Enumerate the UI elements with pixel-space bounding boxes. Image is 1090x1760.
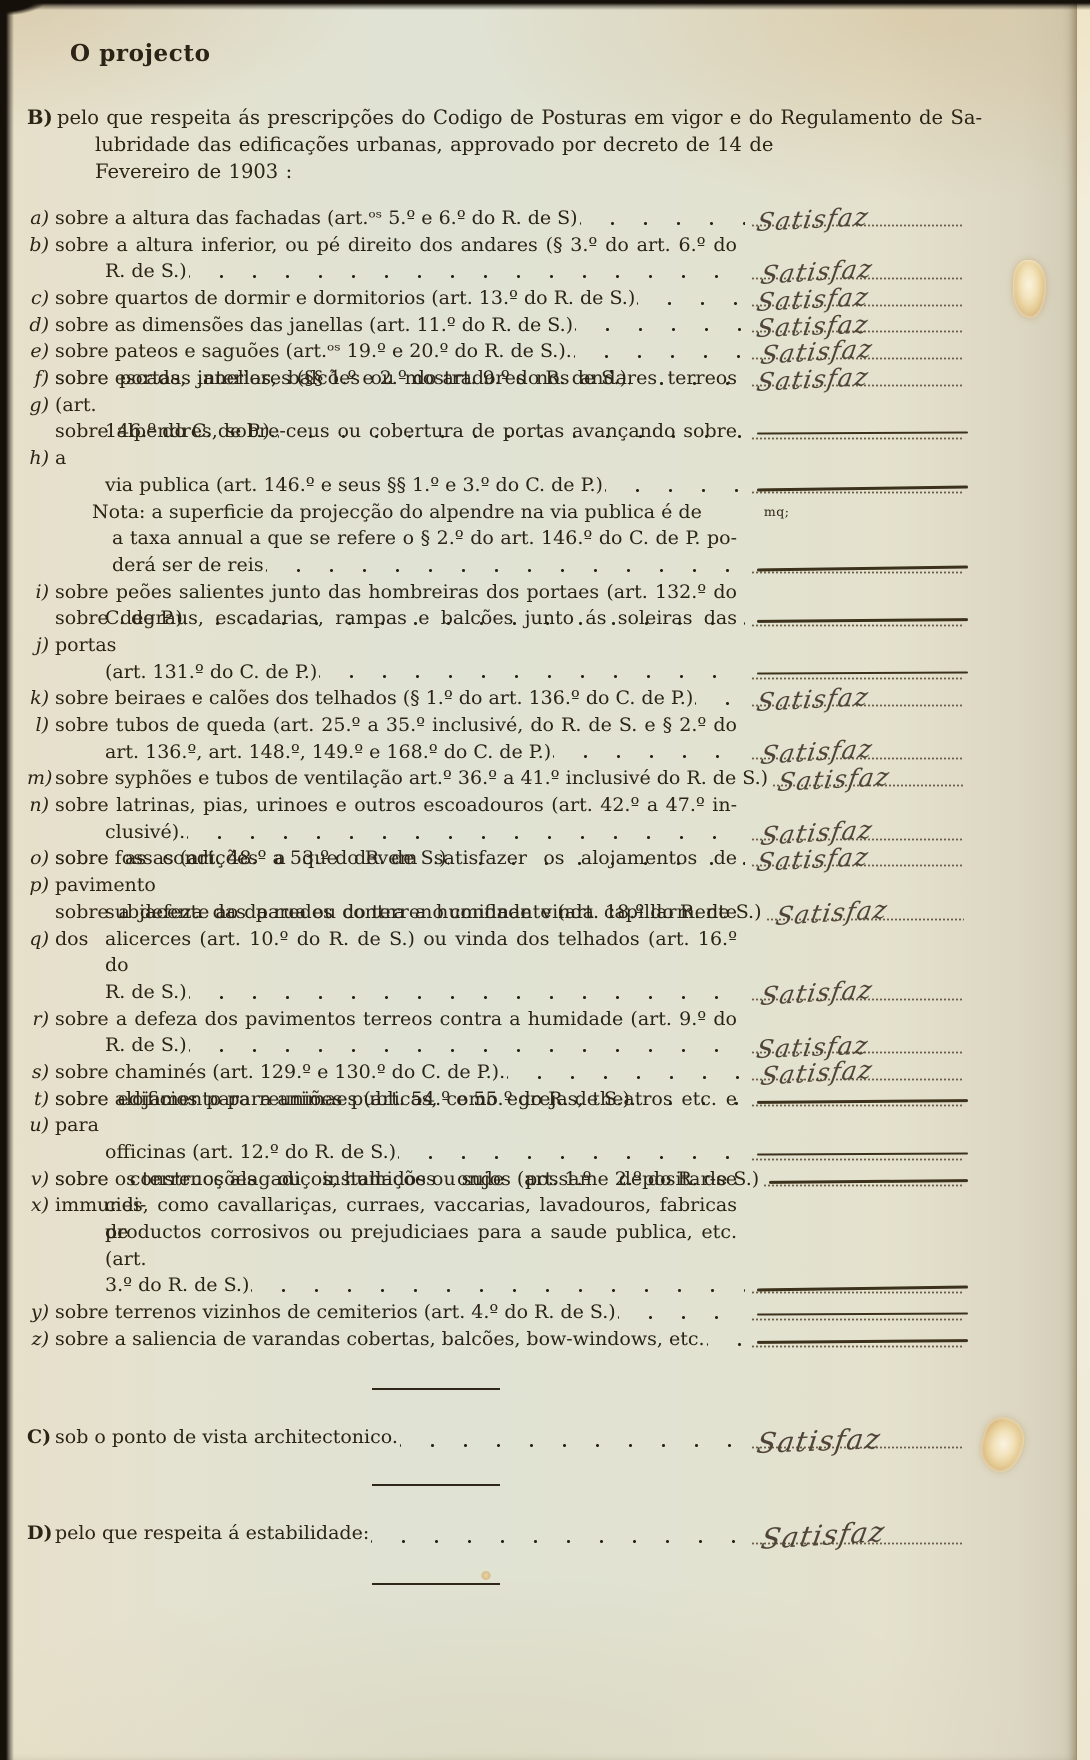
item-letter: z)	[27, 1326, 55, 1353]
section-b-label: B)	[27, 104, 57, 131]
form-row: i)sobre peões salientes junto das hombre…	[27, 579, 972, 606]
form-row: officinas (art. 12.º do R. de S.)	[27, 1139, 972, 1166]
section-c-row: C) sob o ponto de vista architectonico. …	[27, 1420, 972, 1454]
answer-area	[747, 659, 972, 686]
dotted-answer-line	[751, 1104, 964, 1107]
item-text: R. de S.)	[105, 979, 187, 1006]
item-letter: o)	[27, 845, 55, 872]
answer-area: Satisfaz	[747, 685, 972, 712]
answer-area: Satisfaz	[747, 1059, 972, 1086]
form-row: m)sobre syphões e tubos de ventilação ar…	[27, 765, 972, 792]
answer-area: Satisfaz	[747, 205, 972, 232]
item-letter: n)	[27, 792, 55, 819]
answer-area: Satisfaz	[768, 765, 972, 792]
blank-answer-dash	[757, 1152, 968, 1155]
form-row: p)sobre as condições a que devem satisfa…	[27, 872, 972, 899]
item-text: sobre latrinas, pias, urinoes e outros e…	[55, 792, 737, 819]
item-text: sobre alpendres, sobre-ceus ou cobertura…	[55, 418, 737, 471]
dotted-answer-line	[751, 677, 964, 680]
form-row: via publica (art. 146.º e seus §§ 1.º e …	[27, 472, 972, 499]
form-row: r)sobre a defeza dos pavimentos terreos …	[27, 1006, 972, 1033]
item-text: R. de S.)	[105, 258, 187, 285]
dot-leader	[695, 685, 745, 712]
scanned-document-page: O projecto B) pelo que respeita ás presc…	[0, 0, 1090, 1760]
dot-leader	[605, 472, 745, 499]
section-divider	[372, 1388, 500, 1390]
dot-leader	[553, 739, 745, 766]
item-letter: d)	[27, 312, 55, 339]
section-divider	[372, 1583, 500, 1585]
item-letter: b)	[27, 232, 55, 259]
handwritten-answer: Satisfaz	[759, 1518, 888, 1554]
section-b-line2: lubridade das edificações urbanas, appro…	[27, 131, 875, 185]
form-row: n)sobre latrinas, pias, urinoes e outros…	[27, 792, 972, 819]
item-text: sobre beiraes e calões dos telhados (§ 1…	[55, 685, 693, 712]
dot-leader	[574, 338, 745, 365]
item-text: productos corrosivos ou prejudiciaes par…	[105, 1219, 737, 1272]
dot-leader	[637, 285, 745, 312]
item-text: sobre chaminés (art. 129.º e 130.º do C.…	[55, 1059, 505, 1086]
item-text: sobre a altura inferior, ou pé direito d…	[55, 232, 737, 259]
item-letter: h)	[27, 445, 55, 472]
dotted-answer-line	[751, 1158, 964, 1161]
section-b-text1: pelo que respeita ás prescripções do Cod…	[57, 104, 982, 131]
item-text: 3.º do R. de S.)	[105, 1272, 249, 1299]
form-row: g)sobre portas, janellas, balcões ou mos…	[27, 392, 972, 419]
item-letter: p)	[27, 872, 55, 899]
form-row: Nota: a superficie da projecção do alpen…	[27, 499, 972, 526]
item-text: sobre tubos de queda (art. 25.º a 35.º i…	[55, 712, 737, 739]
answer-area	[759, 1166, 972, 1193]
page-title: O projecto	[70, 40, 211, 67]
section-d-row: D) pelo que respeita á estabilidade: Sat…	[27, 1516, 972, 1550]
answer-area	[747, 1139, 972, 1166]
item-text: sobre portas, janellas, balcões ou mostr…	[55, 365, 737, 418]
answer-area: Satisfaz	[747, 338, 972, 365]
item-text: sobre syphões e tubos de ventilação art.…	[55, 765, 768, 792]
item-text: sobre as dimensões das janellas (art. 11…	[55, 312, 573, 339]
scan-corner	[0, 0, 44, 15]
form-row: l)sobre tubos de queda (art. 25.º a 35.º…	[27, 712, 972, 739]
answer-area: Satisfaz	[747, 846, 972, 873]
answer-area: Satisfaz	[747, 258, 972, 285]
item-letter: v)	[27, 1166, 55, 1193]
answer-area	[747, 419, 972, 446]
dot-leader	[507, 1059, 745, 1086]
dot-leader	[187, 819, 745, 846]
handwritten-answer: Satisfaz	[759, 976, 875, 1008]
form-row: clusivé).Satisfaz	[27, 819, 972, 846]
item-text: R. de S.)	[105, 1032, 187, 1059]
item-letter: j)	[27, 632, 55, 659]
dotted-answer-line	[751, 437, 964, 440]
answer-area: Satisfaz	[747, 365, 972, 392]
superscript-unit: mq;	[764, 499, 790, 526]
paper-damage-spot	[1013, 260, 1046, 318]
item-letter: l)	[27, 712, 55, 739]
form-row: z)sobre a saliencia de varandas cobertas…	[27, 1326, 972, 1353]
item-letter: k)	[27, 685, 55, 712]
item-text: sobre peões salientes junto das hombreir…	[55, 579, 737, 606]
item-text: clusivé).	[105, 819, 185, 846]
answer-area	[747, 1086, 972, 1113]
item-text: (art. 131.º do C. de P.)	[105, 659, 317, 686]
form-row: d)sobre as dimensões das janellas (art. …	[27, 312, 972, 339]
dot-leader	[189, 258, 745, 285]
form-row: R. de S.)Satisfaz	[27, 1032, 972, 1059]
scan-edge-top	[0, 0, 1090, 10]
answer-area	[747, 1273, 972, 1300]
handwritten-answer: Satisfaz	[755, 1425, 883, 1458]
item-text: officinas (art. 12.º do R. de S.)	[105, 1139, 396, 1166]
answer-area: Satisfaz	[747, 739, 972, 766]
blank-answer-dash	[757, 1099, 968, 1103]
dot-leader	[319, 659, 745, 686]
section-b-text2: lubridade das edificações urbanas, appro…	[95, 133, 773, 183]
section-d-label: D)	[27, 1516, 55, 1550]
paper-stain-dot	[481, 1571, 491, 1580]
item-letter: s)	[27, 1059, 55, 1086]
item-letter: e)	[27, 338, 55, 365]
item-letter: t)	[27, 1086, 55, 1113]
handwritten-answer: Satisfaz	[755, 364, 871, 395]
form-row: R. de S.)Satisfaz	[27, 979, 972, 1006]
item-text: sobre a altura das fachadas (art.ᵒˢ 5.º …	[55, 205, 578, 232]
section-c-text: sob o ponto de vista architectonico.	[55, 1420, 398, 1454]
blank-answer-dash	[757, 672, 968, 675]
item-letter: f)	[27, 365, 55, 392]
answer-area	[747, 1326, 972, 1353]
item-text: derá ser de reis	[112, 552, 264, 579]
answer-area: Satisfaz	[747, 979, 972, 1006]
form-row: R. de S.)Satisfaz	[27, 258, 972, 285]
form-row: a)sobre a altura das fachadas (art.ᵒˢ 5.…	[27, 205, 972, 232]
form-row: art. 136.º, art. 148.º, 149.º e 168.º do…	[27, 739, 972, 766]
answer-area: Satisfaz	[762, 899, 973, 926]
handwritten-answer: Satisfaz	[755, 684, 871, 715]
form-row: 3.º do R. de S.)	[27, 1273, 972, 1300]
answer-area	[747, 605, 972, 632]
item-letter: a)	[27, 205, 55, 232]
item-text: sobre a defeza dos pavimentos terreos co…	[55, 1006, 737, 1033]
item-text: sobre terrenos vizinhos de cemiterios (a…	[55, 1299, 616, 1326]
handwritten-answer: Satisfaz	[776, 764, 892, 795]
answer-area	[747, 1299, 972, 1326]
answer-area: Satisfaz	[747, 1420, 972, 1454]
dot-leader	[618, 1299, 745, 1326]
answer-area	[747, 552, 972, 579]
binding-edge-left	[0, 0, 14, 1760]
item-text: via publica (art. 146.º e seus §§ 1.º e …	[105, 472, 603, 499]
item-text: sobre pateos e saguões (art.ᵒˢ 19.º e 20…	[55, 338, 572, 365]
dot-leader	[400, 1420, 745, 1454]
form-row: e)sobre pateos e saguões (art.ᵒˢ 19.º e …	[27, 338, 972, 365]
dot-leader	[266, 552, 745, 579]
form-row: h)sobre alpendres, sobre-ceus ou cobertu…	[27, 445, 972, 472]
item-text: Nota: a superficie da projecção do alpen…	[92, 499, 702, 526]
item-letter: m)	[27, 765, 55, 792]
form-row: s)sobre chaminés (art. 129.º e 130.º do …	[27, 1059, 972, 1086]
form-row: y)sobre terrenos vizinhos de cemiterios …	[27, 1299, 972, 1326]
answer-area	[747, 472, 972, 499]
item-text: sobre as condições a que devem satisfaze…	[55, 845, 737, 898]
dotted-answer-line	[763, 1184, 964, 1187]
form-row: b)sobre a altura inferior, ou pé direito…	[27, 232, 972, 259]
dot-leader	[575, 312, 745, 339]
handwritten-answer: Satisfaz	[759, 1056, 875, 1088]
form-row: k)sobre beiraes e calões dos telhados (§…	[27, 685, 972, 712]
item-text: sobre a saliencia de varandas cobertas, …	[55, 1326, 705, 1353]
form-row: (art. 131.º do C. de P.)	[27, 659, 972, 686]
item-letter: y)	[27, 1299, 55, 1326]
item-letter: x)	[27, 1192, 55, 1219]
item-text: alicerces (art. 10.º do R. de S.) ou vin…	[105, 926, 737, 979]
handwritten-answer: Satisfaz	[755, 844, 871, 875]
item-letter: i)	[27, 579, 55, 606]
item-letter: r)	[27, 1006, 55, 1033]
item-letter: g)	[27, 392, 55, 419]
section-b-line1: B) pelo que respeita ás prescripções do …	[27, 104, 875, 131]
dotted-answer-line	[751, 1345, 964, 1348]
item-text: sobre edificios para reuniões publicas, …	[55, 1086, 737, 1139]
item-text: sobre quartos de dormir e dormitorios (a…	[55, 285, 635, 312]
item-text: a taxa annual a que se refere o § 2.º do…	[112, 525, 737, 552]
form-row: a taxa annual a que se refere o § 2.º do…	[27, 525, 972, 552]
dotted-answer-line	[751, 1318, 964, 1321]
answer-area: Satisfaz	[747, 1516, 972, 1550]
section-c-label: C)	[27, 1420, 55, 1454]
dot-leader	[371, 1516, 745, 1550]
dotted-answer-line	[751, 624, 964, 627]
item-letter: q)	[27, 926, 55, 953]
form-row: j)sobre degraus, escadarias, rampas e ba…	[27, 632, 972, 659]
form-row: derá ser de reis	[27, 552, 972, 579]
dot-leader	[580, 205, 745, 232]
handwritten-answer: Satisfaz	[774, 896, 890, 928]
answer-area: Satisfaz	[747, 285, 972, 312]
blank-answer-dash	[757, 1339, 968, 1343]
item-letter: c)	[27, 285, 55, 312]
dot-leader	[707, 1326, 745, 1353]
underlying-page-edge	[1077, 0, 1090, 1760]
blank-answer-dash	[757, 1312, 968, 1315]
form-row: productos corrosivos ou prejudiciaes par…	[27, 1246, 972, 1273]
paper-damage-spot	[976, 1414, 1029, 1476]
section-b: B) pelo que respeita ás prescripções do …	[27, 104, 875, 185]
dot-leader	[251, 1273, 745, 1300]
blank-answer-dash	[757, 618, 968, 622]
form-row: alicerces (art. 10.º do R. de S.) ou vin…	[27, 952, 972, 979]
item-text: sobre degraus, escadarias, rampas e balc…	[55, 605, 737, 658]
dot-leader	[189, 979, 745, 1006]
handwritten-answer: Satisfaz	[755, 204, 871, 235]
blank-answer-dash	[769, 1179, 968, 1183]
blank-answer-dash	[757, 431, 968, 434]
section-d-text: pelo que respeita á estabilidade:	[55, 1516, 369, 1550]
form-row: c)sobre quartos de dormir e dormitorios …	[27, 285, 972, 312]
dotted-answer-line	[751, 1291, 964, 1294]
section-divider	[372, 1484, 500, 1486]
item-letter: u)	[27, 1112, 55, 1139]
form-row: u)sobre edificios para reuniões publicas…	[27, 1112, 972, 1139]
dot-leader	[189, 1032, 745, 1059]
dot-leader	[398, 1139, 745, 1166]
paper-sheet: O projecto B) pelo que respeita ás presc…	[0, 0, 1077, 1760]
items-list: a)sobre a altura das fachadas (art.ᵒˢ 5.…	[27, 205, 972, 1353]
item-text: art. 136.º, art. 148.º, 149.º e 168.º do…	[105, 739, 551, 766]
